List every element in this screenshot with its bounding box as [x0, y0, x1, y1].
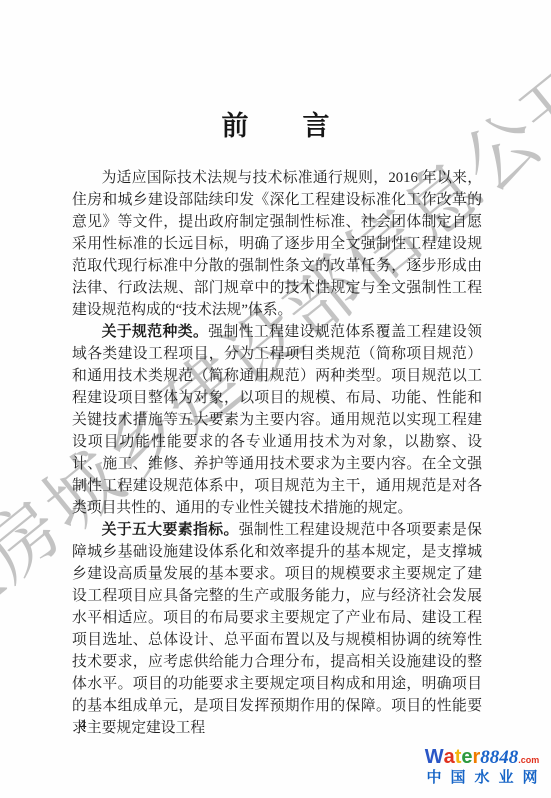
document-page: 住房城乡建设部信息公开 前 言 为适应国际技术法规与技术标准通行规则，2016 …	[0, 0, 551, 798]
paragraph-text: 为适应国际技术法规与技术标准通行规则，2016 年以来，住房和城乡建设部陆续印发…	[72, 170, 482, 318]
body-text: 为适应国际技术法规与技术标准通行规则，2016 年以来，住房和城乡建设部陆续印发…	[72, 167, 482, 739]
logo-letter: W	[425, 747, 444, 767]
logo-wordmark: Water	[425, 746, 481, 768]
paragraph-lead: 关于五大要素指标。	[102, 522, 239, 538]
paragraph-text: 强制性工程建设规范中各项要素是保障城乡基础设施建设体系化和效率提升的基本规定，是…	[72, 522, 482, 736]
paragraph: 关于五大要素指标。强制性工程建设规范中各项要素是保障城乡基础设施建设体系化和效率…	[72, 519, 482, 739]
paragraph: 为适应国际技术法规与技术标准通行规则，2016 年以来，住房和城乡建设部陆续印发…	[72, 167, 482, 321]
logo-letter: e	[461, 747, 472, 767]
page-number: 4	[79, 717, 87, 734]
logo-letter: t	[455, 747, 462, 767]
paragraph-text: 强制性工程建设规范体系覆盖工程建设领域各类建设工程项目，分为工程项目类规范（简称…	[72, 324, 482, 516]
logo-number: 8848	[480, 747, 518, 768]
paragraph-lead: 关于规范种类。	[102, 324, 209, 340]
paragraph: 关于规范种类。强制性工程建设规范体系覆盖工程建设领域各类建设工程项目，分为工程项…	[72, 321, 482, 519]
logo-letter: a	[444, 747, 455, 767]
logo-subtitle: 中国水业网	[418, 770, 551, 785]
page-title: 前 言	[0, 104, 551, 143]
water8848-logo: Water8848.com 中国水业网	[418, 747, 546, 785]
logo-tld: .com	[518, 755, 539, 765]
logo-wordmark-line: Water8848.com	[418, 747, 546, 767]
